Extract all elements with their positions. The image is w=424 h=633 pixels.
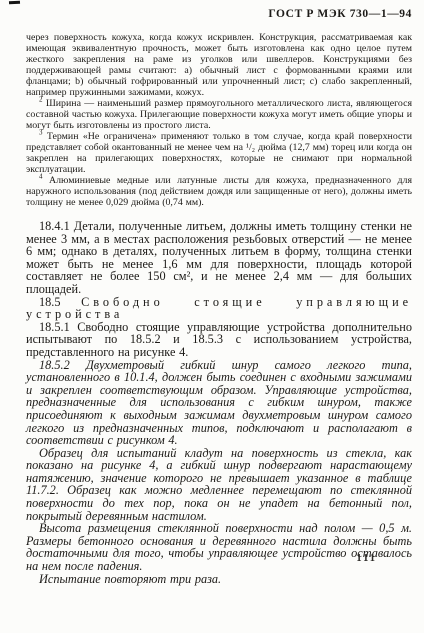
footnote-3-text: Термин «Не ограничена» применяют только … [26, 131, 412, 175]
page-number: 111 [356, 553, 377, 564]
footnote-3-marker: 3 [39, 129, 43, 137]
footnote-continuation: через поверхность кожуха, когда кожух ис… [26, 32, 412, 98]
standard-number: ГОСТ Р МЭК 730—1—94 [268, 8, 412, 20]
footnote-2-text: Ширина — наименьший размер прямоугольног… [26, 98, 412, 131]
document-page: ГОСТ Р МЭК 730—1—94 через поверхность ко… [0, 0, 424, 633]
footnote-4-text: Алюминиевые медные или латунные листы дл… [26, 175, 412, 208]
clause-18-5-1: 18.5.1 Свободно стоящие управляющие устр… [26, 321, 412, 359]
para-specimen-test: Образец для испытаний кладут на поверхно… [26, 447, 412, 523]
footnote-4-marker: 4 [39, 173, 43, 181]
clause-18-5-2: 18.5.2 Двухметровый гибкий шнур самого л… [26, 359, 412, 447]
footnote-4: 4 Алюминиевые медные или латунные листы … [26, 175, 412, 208]
clause-18-4-1: 18.4.1 Детали, полученные литьем, должны… [26, 220, 412, 296]
scan-artifact-mark [9, 1, 20, 5]
clause-18-5-title: Свободно стоящие управляющие устройства [26, 295, 412, 322]
footnote-3: 3 Термин «Не ограничена» применяют тольк… [26, 131, 412, 175]
clause-18-5-heading: 18.5 Свободно стоящие управляющие устрой… [26, 296, 412, 321]
footnote-2-marker: 2 [39, 96, 43, 104]
footnote-2: 2 Ширина — наименьший размер прямоугольн… [26, 98, 412, 131]
para-glass-height: Высота размещения стеклянной поверхности… [26, 522, 412, 572]
page-header: ГОСТ Р МЭК 730—1—94 [26, 8, 412, 21]
main-text-block: 18.4.1 Детали, полученные литьем, должны… [26, 220, 412, 585]
para-test-repeat: Испытание повторяют три раза. [26, 573, 412, 586]
footnotes-block: через поверхность кожуха, когда кожух ис… [26, 32, 412, 208]
